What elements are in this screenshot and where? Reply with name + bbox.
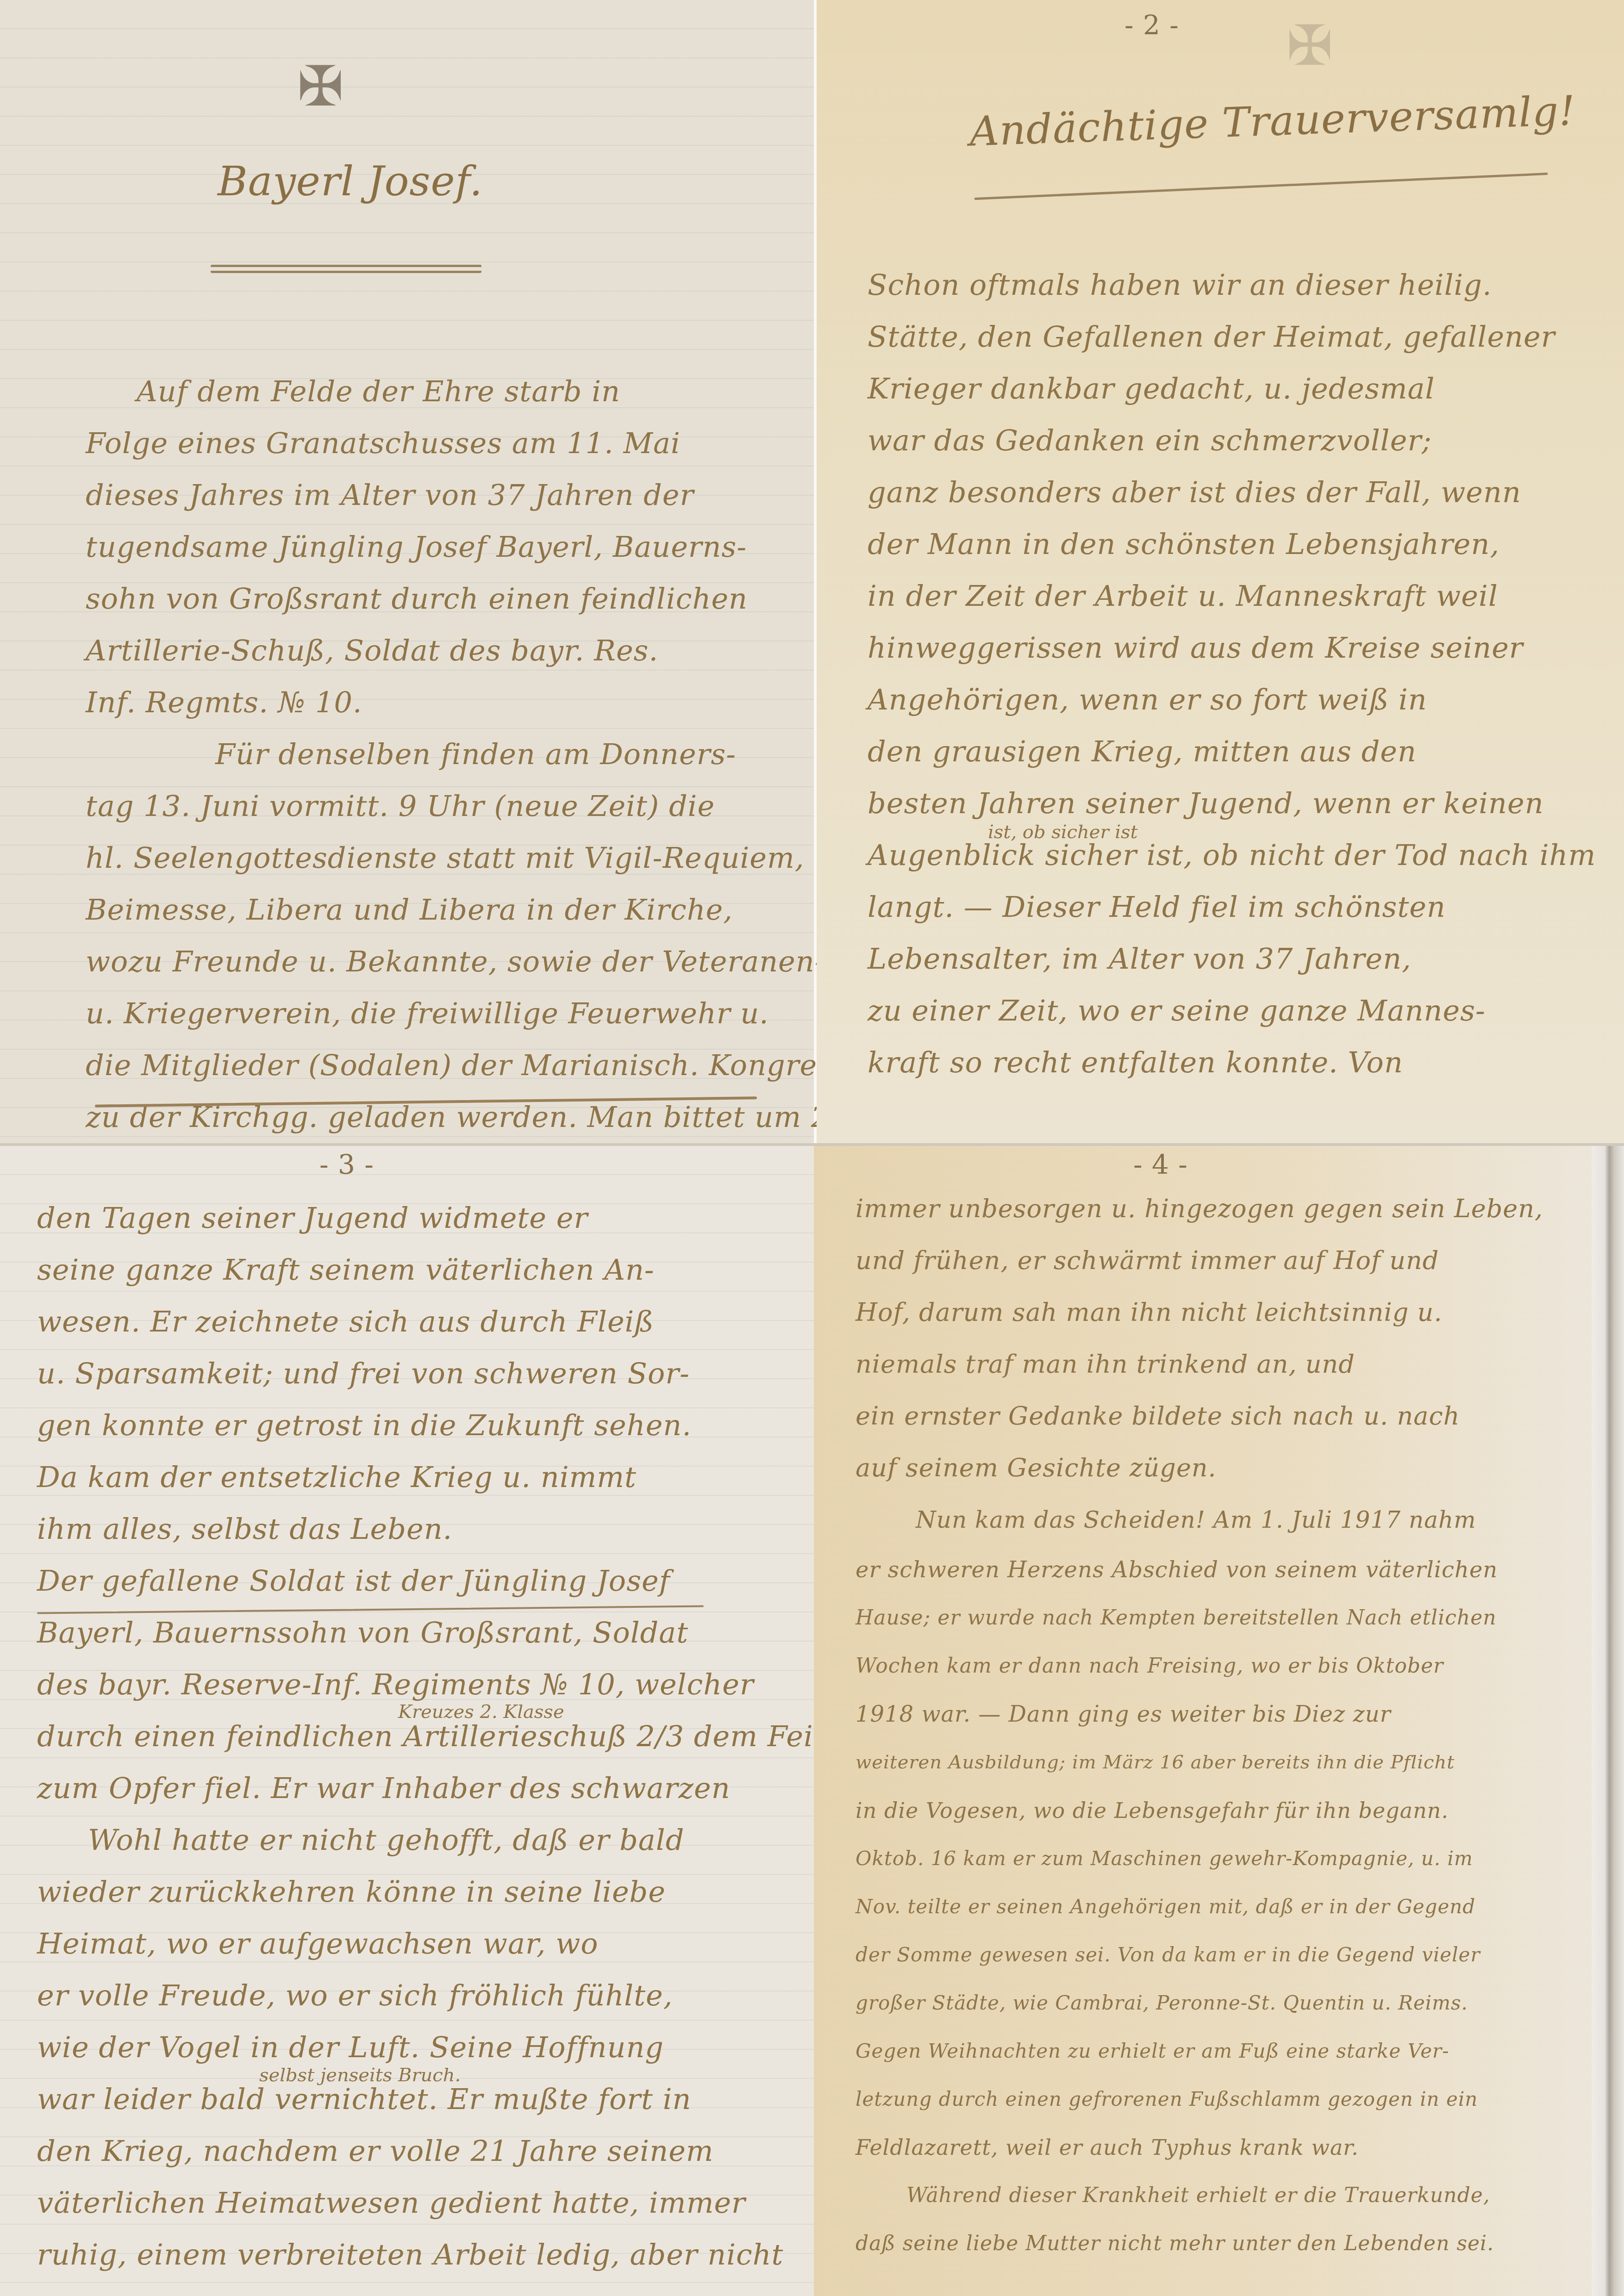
text-line: immer unbesorgen u. hingezogen gegen sei… [856, 1183, 1543, 1235]
text-line: zu einer Zeit, wo er seine ganze Mannes- [868, 985, 1596, 1037]
text-line: großer Städte, wie Cambrai, Peronne-St. … [856, 1979, 1543, 2027]
text-line: väterlichen Heimatwesen gedient hatte, i… [37, 2177, 868, 2229]
interlinear-insertion: ist, ob sicher ist [988, 821, 1138, 843]
text-line: der Mann in den schönsten Lebensjahren, [868, 518, 1596, 570]
text-line: Nun kam das Scheiden! Am 1. Juli 1917 na… [856, 1494, 1543, 1546]
text-line: den grausigen Krieg, mitten aus den [868, 726, 1596, 778]
text-line: Krieger dankbar gedacht, u. jedesmal [868, 363, 1596, 415]
page-3: - 3 - den Tagen seiner Jugend widmete er… [0, 1146, 814, 2296]
page-title: Bayerl Josef. [218, 157, 483, 205]
text-line: Schon oftmals haben wir an dieser heilig… [868, 259, 1596, 311]
text-line: Da kam der entsetzliche Krieg u. nimmt [37, 1451, 868, 1503]
text-line: Nov. teilte er seinen Angehörigen mit, d… [856, 1883, 1543, 1931]
text-line: den Tagen seiner Jugend widmete er [37, 1192, 868, 1244]
interlinear-insertion: selbst jenseits Bruch. [259, 2065, 461, 2086]
text-line: weiteren Ausbildung; im März 16 aber ber… [856, 1738, 1543, 1786]
text-line: Stätte, den Gefallenen der Heimat, gefal… [868, 311, 1596, 363]
text-line: ein ernster Gedanke bildete sich nach u.… [856, 1390, 1543, 1442]
cross-icon-faint: ✠ [1287, 19, 1333, 74]
text-line: kraft so recht entfalten konnte. Von [868, 1037, 1596, 1089]
text-line: in die Vogesen, wo die Lebensgefahr für … [856, 1786, 1543, 1835]
text-line: war das Gedanken ein schmerzvoller; [868, 415, 1596, 467]
page-number: - 4 - [1133, 1149, 1188, 1180]
text-line: gen konnte er getrost in die Zukunft seh… [37, 1400, 868, 1451]
text-line: Wochen kam er dann nach Freising, wo er … [856, 1642, 1543, 1690]
page-4: - 4 - immer unbesorgen u. hingezogen geg… [814, 1146, 1592, 2296]
text-line: letzung durch einen gefrorenen Fußschlam… [856, 2075, 1543, 2123]
text-line: 1918 war. — Dann ging es weiter bis Diez… [856, 1690, 1543, 1738]
page-number: - 3 - [319, 1149, 374, 1180]
page-2: - 2 - ✠ Andächtige Trauerversamlg! Schon… [817, 0, 1624, 1143]
text-line: den Krieg, nachdem er volle 21 Jahre sei… [37, 2125, 868, 2177]
title-underline [974, 173, 1548, 200]
page-4-body: immer unbesorgen u. hingezogen gegen sei… [856, 1183, 1543, 2268]
text-line: besten Jahren seiner Jugend, wenn er kei… [868, 778, 1596, 829]
text-line: ruhig, einem verbreiteten Arbeit ledig, … [37, 2229, 868, 2281]
notebook-edge [1592, 1146, 1624, 2296]
text-line: Heimat, wo er aufgewachsen war, wo [37, 1918, 868, 1970]
text-line: Während dieser Krankheit erhielt er die … [856, 2172, 1543, 2220]
text-line: Augenblick sicher ist, ob nicht der Tod … [868, 829, 1596, 881]
page-3-body: den Tagen seiner Jugend widmete er seine… [37, 1192, 868, 2281]
text-line: auf seinem Gesichte zügen. [856, 1442, 1543, 1494]
text-line: Hause; er wurde nach Kempten bereitstell… [856, 1594, 1543, 1642]
text-line: Lebensalter, im Alter von 37 Jahren, [868, 933, 1596, 985]
cross-icon: ✠ [297, 59, 344, 115]
text-line: er volle Freude, wo er sich fröhlich füh… [37, 1970, 868, 2022]
text-line: u. Sparsamkeit; und frei von schweren So… [37, 1348, 868, 1400]
text-line-with-name: Bayerl, Bauernssohn von Großsrant, Solda… [37, 1607, 868, 1659]
page-2-body: Schon oftmals haben wir an dieser heilig… [868, 259, 1596, 1089]
text-line: niemals traf man ihn trinkend an, und [856, 1338, 1543, 1390]
text-line: Wohl hatte er nicht gehofft, daß er bald [37, 1814, 868, 1866]
text-line: wesen. Er zeichnete sich aus durch Fleiß [37, 1296, 868, 1348]
text-line: ganz besonders aber ist dies der Fall, w… [868, 467, 1596, 518]
text-line: seine ganze Kraft seinem väterlichen An- [37, 1244, 868, 1296]
interlinear-insertion: Kreuzes 2. Klasse [398, 1701, 564, 1723]
page-1: ✠ Bayerl Josef. Auf dem Felde der Ehre s… [0, 0, 814, 1143]
text-line: Hof, darum sah man ihn nicht leichtsinni… [856, 1287, 1543, 1338]
page-number: - 2 - [1124, 9, 1179, 41]
text-line: er schweren Herzens Abschied von seinem … [856, 1546, 1543, 1594]
text-line: Oktob. 16 kam er zum Maschinen gewehr-Ko… [856, 1835, 1543, 1883]
text-line: langt. — Dieser Held fiel im schönsten [868, 881, 1596, 933]
title-double-underline [211, 265, 481, 273]
text-line: Gegen Weihnachten zu erhielt er am Fuß e… [856, 2027, 1543, 2075]
text-line: zum Opfer fiel. Er war Inhaber des schwa… [37, 1762, 868, 1814]
text-line-with-name: Der gefallene Soldat ist der Jüngling Jo… [37, 1555, 868, 1607]
page-title: Andächtige Trauerversamlg! [969, 87, 1577, 156]
text-line: wieder zurückkehren könne in seine liebe [37, 1866, 868, 1918]
text-line: ihm alles, selbst das Leben. [37, 1503, 868, 1555]
text-line: und frühen, er schwärmt immer auf Hof un… [856, 1235, 1543, 1287]
text-line: Feldlazarett, weil er auch Typhus krank … [856, 2123, 1543, 2172]
text-line: Angehörigen, wenn er so fort weiß in [868, 674, 1596, 726]
text-line: daß seine liebe Mutter nicht mehr unter … [856, 2220, 1543, 2268]
text-line: in der Zeit der Arbeit u. Manneskraft we… [868, 570, 1596, 622]
text-line: hinweggerissen wird aus dem Kreise seine… [868, 622, 1596, 674]
text-line: der Somme gewesen sei. Von da kam er in … [856, 1931, 1543, 1979]
